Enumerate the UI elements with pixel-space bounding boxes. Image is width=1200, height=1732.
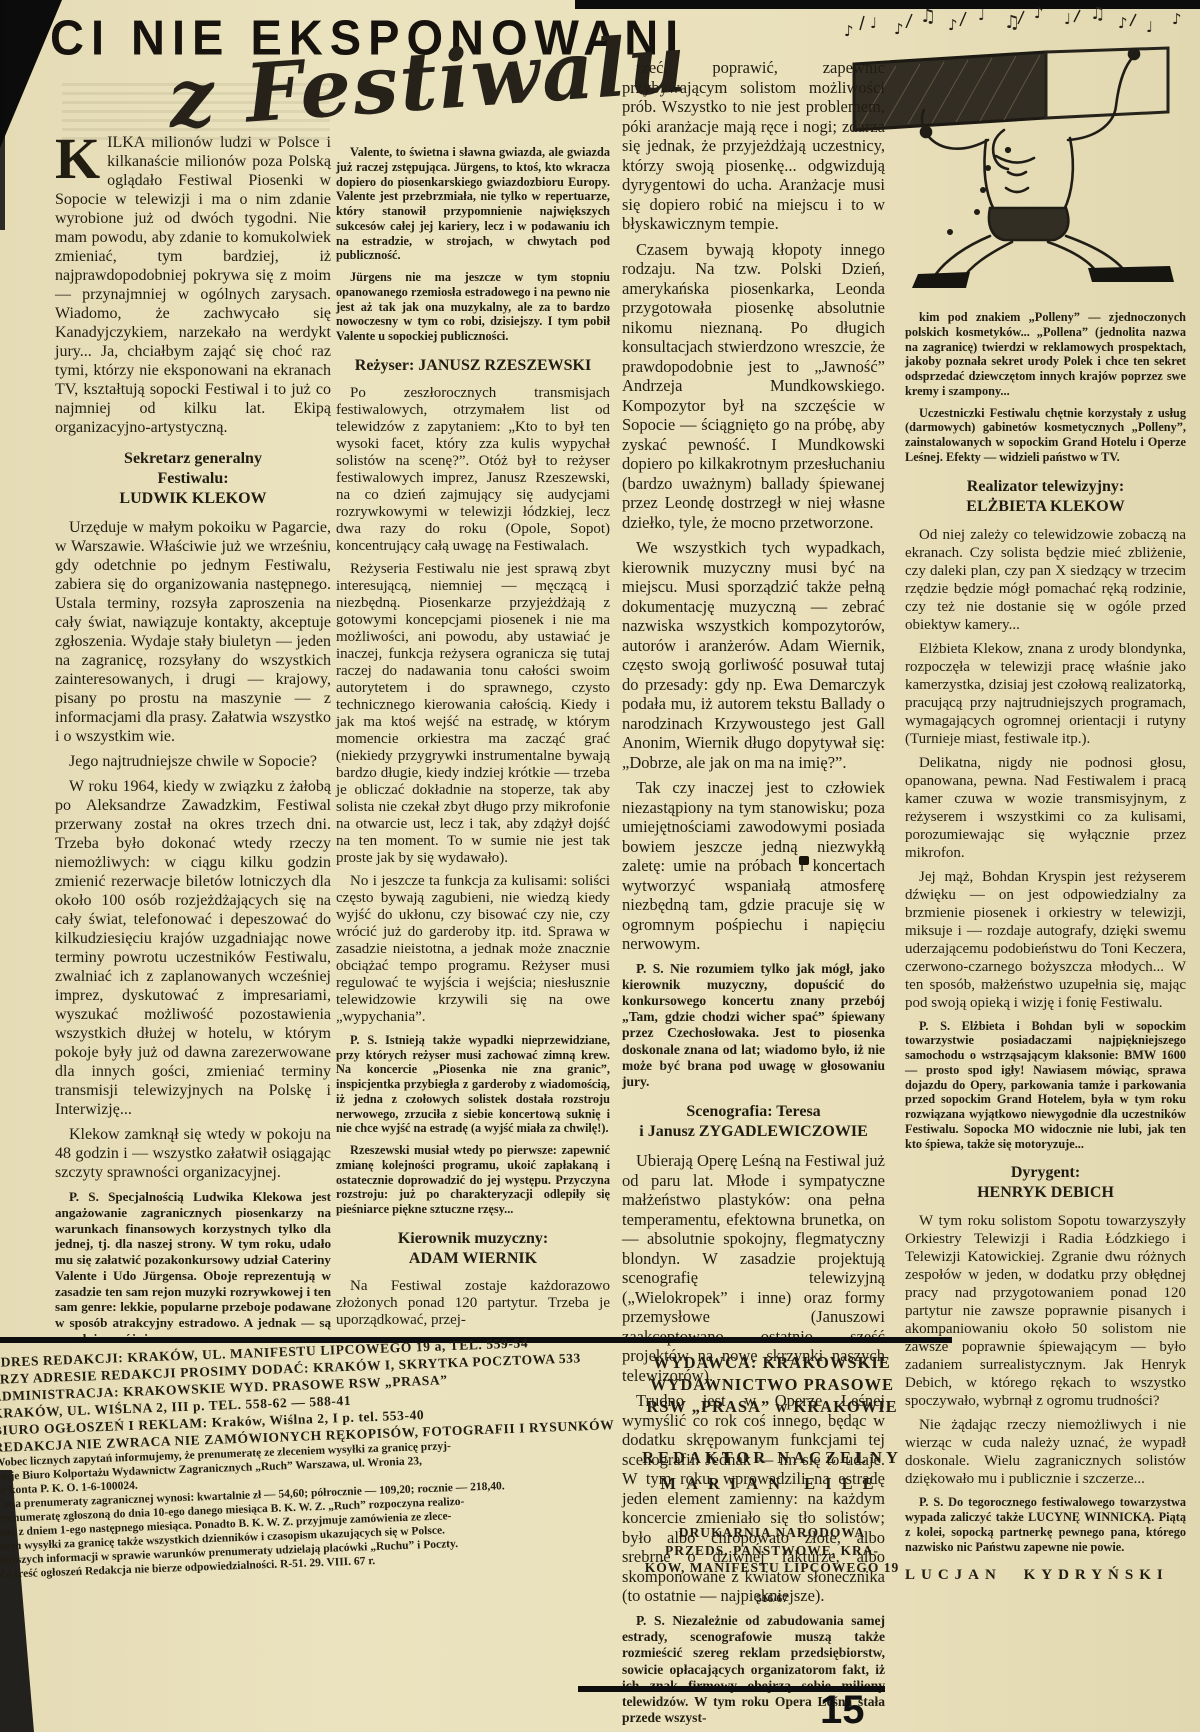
svg-text:♩: ♩ [1146,18,1153,36]
svg-text:♫: ♫ [1004,12,1020,33]
article-block-body: We wszystkich tych wypadkach, kierownik … [622,538,885,772]
article-block-heading: Dyrygent: HENRYK DEBICH [905,1163,1186,1203]
article-block-printer: PRZEDS. PAŃSTWOWE, KRA- [592,1542,952,1560]
article-block-pub: RSW „PRASA” w KRAKOWIE [592,1396,952,1418]
printer-lines: DRUKARNIA NARODOWAPRZEDS. PAŃSTWOWE, KRA… [592,1524,952,1577]
svg-text:♪: ♪ [844,22,854,40]
drop-cap: K [55,133,107,182]
article-block-pub: WYDAWNICTWO PRASOWE [592,1374,952,1396]
article-block-ps: P. S. Specjalnością Ludwika Klekowa jest… [55,1189,331,1347]
article-block-heading: Realizator telewizyjny: ELŻBIETA KLEKOW [905,477,1186,517]
article-block-body: Delikatna, nigdy nie podnosi głosu, opan… [905,754,1186,862]
svg-text:♪: ♪ [1172,10,1182,28]
scan-artifact-left-edge [0,0,5,230]
article-block-body: Klekow zamknął się wtedy w pokoju na 48 … [55,1125,331,1182]
article-block-body: Czasem bywają kłopoty innego rodzaju. Na… [622,240,885,533]
article-block-heading: Reżyser: JANUSZ RZESZEWSKI [336,356,610,376]
editor-label: REDAKTOR NACZELNY [592,1448,952,1468]
editor-name: MARIAN EILE [592,1474,952,1494]
article-block-heading: Scenografia: Teresa i Janusz ZYGADLEWICZ… [622,1102,885,1142]
svg-text:♩: ♩ [978,6,985,24]
article-block-body: rzeć, poprawić, zapewnić przybywającym s… [622,58,885,234]
article-column-1: KILKA milionów ludzi w Polsce i kilkanaś… [55,133,331,1354]
festival-atlas-illustration: ♪♩♪ ♫♪♩ ♫♪♩ ♫♪♩ ♪ [836,6,1198,298]
article-block-heading: Kierownik muzyczny: ADAM WIERNIK [336,1229,610,1269]
article-block-body: Na Festiwal zostaje każdorazowo złożonyc… [336,1278,610,1329]
article-block-pub: WYDAWCA: KRAKOWSKIE [592,1352,952,1374]
beam-light-half [1046,48,1168,118]
article-block-ps: Jürgens nie ma jeszcze w tym stopniu opa… [336,270,610,344]
feet-shadows [912,266,1174,288]
article-block-ps: Valente, to świetna i sławna gwiazda, al… [336,145,610,263]
newspaper-page: CI NIE EKSPONOWANI z Festiwalu ♪♩♪ ♫♪♩ ♫… [0,0,1200,1732]
article-block-ps: P. S. Istnieją także wypadki nieprzewidz… [336,1033,610,1136]
article-block-body: KILKA milionów ludzi w Polsce i kilkanaś… [55,133,331,437]
footer-publisher-block: WYDAWCA: KRAKOWSKIEWYDAWNICTWO PRASOWERS… [592,1352,952,1605]
page-number: 15 [820,1688,865,1732]
article-block-body: W roku 1964, kiedy w związku z żałobą po… [55,777,331,1119]
svg-text:♪: ♪ [948,16,958,34]
article-block-body: Jej mąż, Bohdan Kryspin jest reżyserem d… [905,868,1186,1012]
svg-text:♩: ♩ [870,14,877,32]
article-block-body: Ubierają Operę Leśną na Festiwal już od … [622,1151,885,1385]
article-block-body: Urzęduje w małym pokoiku w Pagarcie, w W… [55,518,331,746]
article-block-body: Tak czy inaczej jest to człowiek niezast… [622,778,885,954]
article-block-body: Po zeszłorocznych transmisjach festiwalo… [336,385,610,555]
article-block-body: Od niej zależy co telewidzowie zobaczą n… [905,526,1186,634]
article-block-ps: P. S. Elżbieta i Bohdan byli w sopockim … [905,1019,1186,1152]
article-block-ps: Rzeszewski musiał wtedy po pierwsze: zap… [336,1143,610,1217]
svg-text:♪: ♪ [894,20,904,38]
publisher-lines: WYDAWCA: KRAKOWSKIEWYDAWNICTWO PRASOWERS… [592,1352,952,1418]
svg-text:♪: ♪ [1118,14,1128,32]
svg-text:♪: ♪ [1034,6,1044,22]
article-block-heading: Sekretarz generalny Festiwalu: LUDWIK KL… [55,449,331,509]
svg-text:♫: ♫ [1090,6,1105,24]
article-block-body: Reżyseria Festiwalu nie jest sprawą zbyt… [336,561,610,867]
article-block-ps: kim pod znakiem „Polleny” — zjednoczonyc… [905,310,1186,399]
article-block-printer: KÓW, MANIFESTU LIPCOWEGO 19 [592,1559,952,1577]
article-block-body: No i jeszcze ta funkcja za kulisami: sol… [336,873,610,1026]
article-block-ps: P. S. Nie rozumiem tylko jak mógł, jako … [622,961,885,1091]
svg-text:♫: ♫ [920,6,936,27]
svg-text:♩: ♩ [1064,10,1071,28]
article-block-body: Elżbieta Klekow, znana z urody blondynka… [905,640,1186,748]
footer-imprint-block: ADRES REDAKCJI: KRAKÓW, UL. MANIFESTU LI… [0,1332,598,1582]
article-block-body: Jego najtrudniejsze chwile w Sopocie? [55,752,331,771]
article-block-ps: Uczestniczki Festiwalu chętnie korzystał… [905,406,1186,465]
article-block-printer: DRUKARNIA NARODOWA [592,1524,952,1542]
print-code: 516/67 [592,1593,952,1605]
article-column-2: Valente, to świetna i sławna gwiazda, al… [336,138,610,1335]
